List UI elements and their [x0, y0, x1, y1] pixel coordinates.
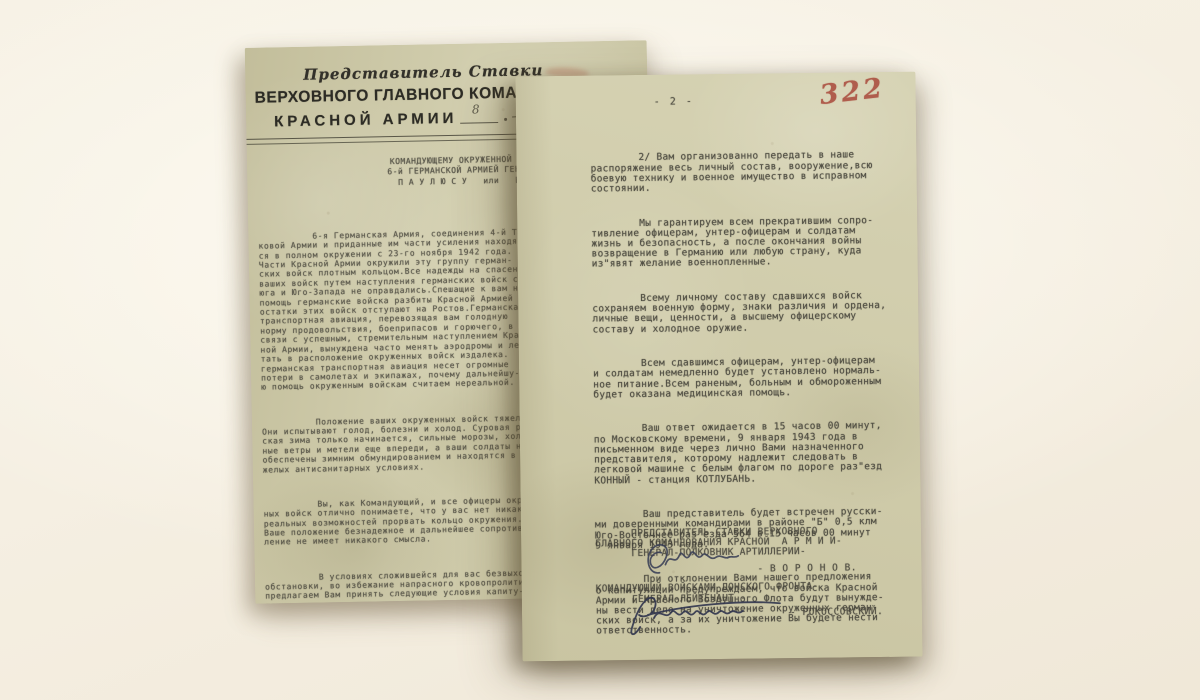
typed-paragraph: Положение ваших окруженных войск тяжелое…	[262, 413, 549, 475]
handwritten-number-mark: 8	[472, 102, 480, 116]
rokossovsky-signature-icon	[624, 589, 803, 639]
ultimatum-body-page1: 6-я Германская Армия, соединения 4-й Тан…	[258, 208, 553, 604]
typed-paragraph: Ваш ответ ожидается в 15 часов 00 минут,…	[594, 421, 889, 486]
rokossovsky-typed-name: - РОКОССОВСКИЙ.	[790, 606, 883, 618]
voronov-signature-icon	[639, 540, 758, 583]
letterhead-blank-rule	[460, 122, 498, 124]
page-number: - 2 -	[654, 96, 694, 107]
typed-paragraph: 6-я Германская Армия, соединения 4-й Тан…	[258, 227, 547, 392]
archive-number-handwritten: 322	[818, 73, 887, 111]
letterhead-script-line: Представитель Ставки	[303, 61, 543, 84]
typed-paragraph: В условиях сложившейся для вас безвыходн…	[265, 568, 552, 604]
letterhead-dot	[504, 118, 507, 121]
letterhead-sub-line: КРАСНОЙ АРМИИ	[274, 110, 458, 131]
typed-paragraph: Всему личному составу сдавшихся войсксох…	[592, 291, 886, 335]
photo-background: Представитель Ставки ВЕРХОВНОГО ГЛАВНОГО…	[0, 0, 1200, 700]
voronov-typed-name: - В О Р О Н О В.	[757, 562, 857, 574]
typed-paragraph: 2/ Вам организованно передать в нашерасп…	[590, 150, 884, 194]
typed-paragraph: Мы гарантируем всем прекратившим сопро-т…	[591, 216, 886, 271]
typed-paragraph: Вы, как Командующий, и все офицеры окруж…	[263, 495, 550, 548]
right-document-page: - 2 - 322 2/ Вам организованно передать …	[515, 72, 922, 662]
typed-paragraph: Всем сдавшимся офицерам, унтер-офицерами…	[593, 356, 887, 400]
